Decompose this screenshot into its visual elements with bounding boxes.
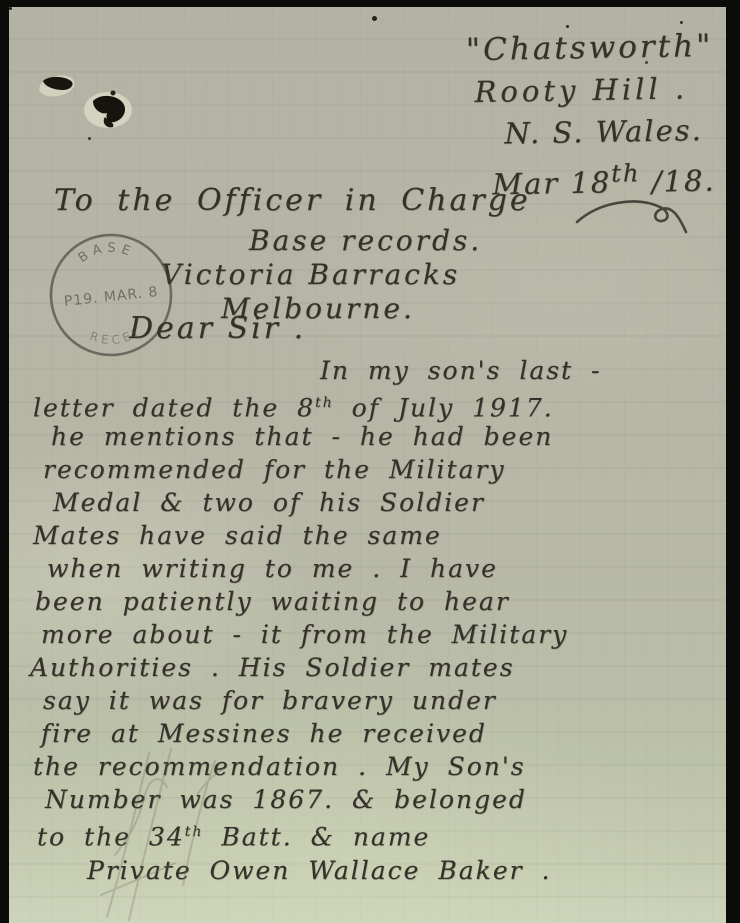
recipient-line-barracks: Victoria Barracks [161,258,460,291]
recipient-line-base-records: Base records. [249,224,482,257]
letter-paper: "Chatsworth" Rooty Hill . N. S. Wales. M… [9,7,726,923]
body-line: he mentions that - he had been [51,420,720,453]
stamp-date-text: P19. MAR. 8 [63,284,159,310]
body-line: letter dated the 8th of July 1917. [33,387,720,420]
letterhead: "Chatsworth" Rooty Hill . N. S. Wales. M… [465,25,718,206]
letterhead-locality: Rooty Hill . [466,67,716,113]
body-line: more about - it from the Military [41,618,720,651]
body-line: Mates have said the same [33,519,720,552]
letterhead-house-name: "Chatsworth" [465,25,715,71]
pen-flourish [574,192,699,240]
body-line: Authorities . His Soldier mates [30,651,720,684]
body-line: In my son's last - [320,354,720,387]
scanned-letter-page: { "letterhead": { "lines": ["\"Chatswort… [0,0,740,923]
body-line: recommended for the Military [43,453,720,486]
pencil-annotation [79,735,289,923]
body-line: when writing to me . I have [47,552,720,585]
body-line: say it was for bravery under [43,684,720,717]
salutation: Dear Sir . [129,311,306,346]
recipient-line-officer: To the Officer in Charge [54,183,531,218]
letterhead-state: N. S. Wales. [466,109,716,155]
body-line: Medal & two of his Soldier [53,486,720,519]
ink-specks [9,7,12,10]
body-line: been patiently waiting to hear [35,585,720,618]
